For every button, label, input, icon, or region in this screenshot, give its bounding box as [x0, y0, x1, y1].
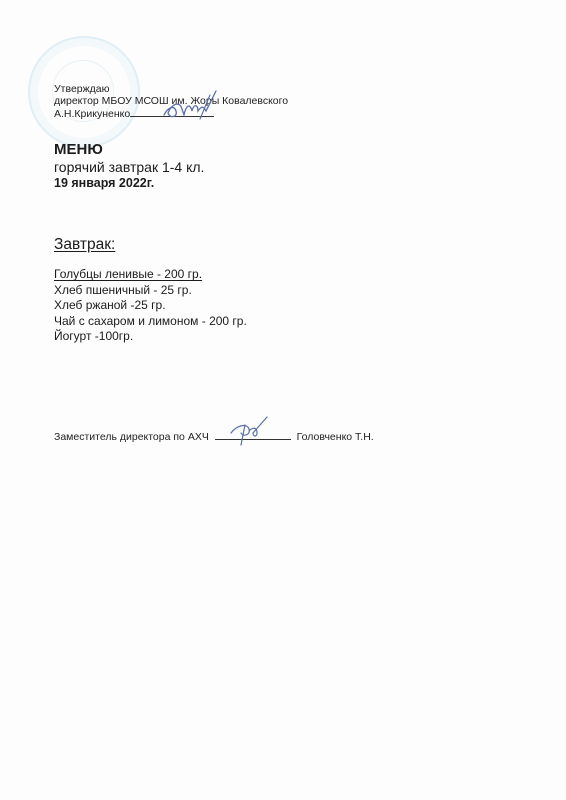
footer-signature-line: [215, 431, 291, 440]
meal-heading: Завтрак:: [54, 236, 115, 254]
menu-date: 19 января 2022г.: [54, 175, 204, 191]
approver-name: А.Н.Крикуненко: [54, 108, 130, 120]
approval-block: Утверждаю директор МБОУ МСОШ им. Жоры Ко…: [54, 83, 288, 120]
approver-name-row: А.Н.Крикуненко: [54, 107, 288, 120]
list-item: Голубцы ленивые - 200 гр.: [54, 267, 247, 283]
list-item: Чай с сахаром и лимоном - 200 гр.: [54, 314, 247, 330]
signature-line: [130, 107, 214, 117]
document-page: Утверждаю директор МБОУ МСОШ им. Жоры Ко…: [0, 0, 566, 800]
page-title: МЕНЮ: [54, 141, 204, 159]
approval-label: Утверждаю: [54, 83, 288, 95]
list-item: Хлеб пшеничный - 25 гр.: [54, 283, 247, 299]
menu-header: МЕНЮ горячий завтрак 1-4 кл. 19 января 2…: [54, 141, 204, 191]
menu-items-list: Голубцы ленивые - 200 гр. Хлеб пшеничный…: [54, 267, 247, 345]
deputy-signature-icon: [227, 415, 277, 449]
footer-signature-block: Заместитель директора по АХЧ Головченко …: [54, 431, 374, 443]
signer-position: Заместитель директора по АХЧ: [54, 431, 209, 443]
signer-name: Головченко Т.Н.: [297, 431, 374, 443]
approver-title: директор МБОУ МСОШ им. Жоры Ковалевского: [54, 95, 288, 107]
list-item: Йогурт -100гр.: [54, 329, 247, 345]
list-item: Хлеб ржаной -25 гр.: [54, 298, 247, 314]
menu-subtitle: горячий завтрак 1-4 кл.: [54, 159, 204, 175]
